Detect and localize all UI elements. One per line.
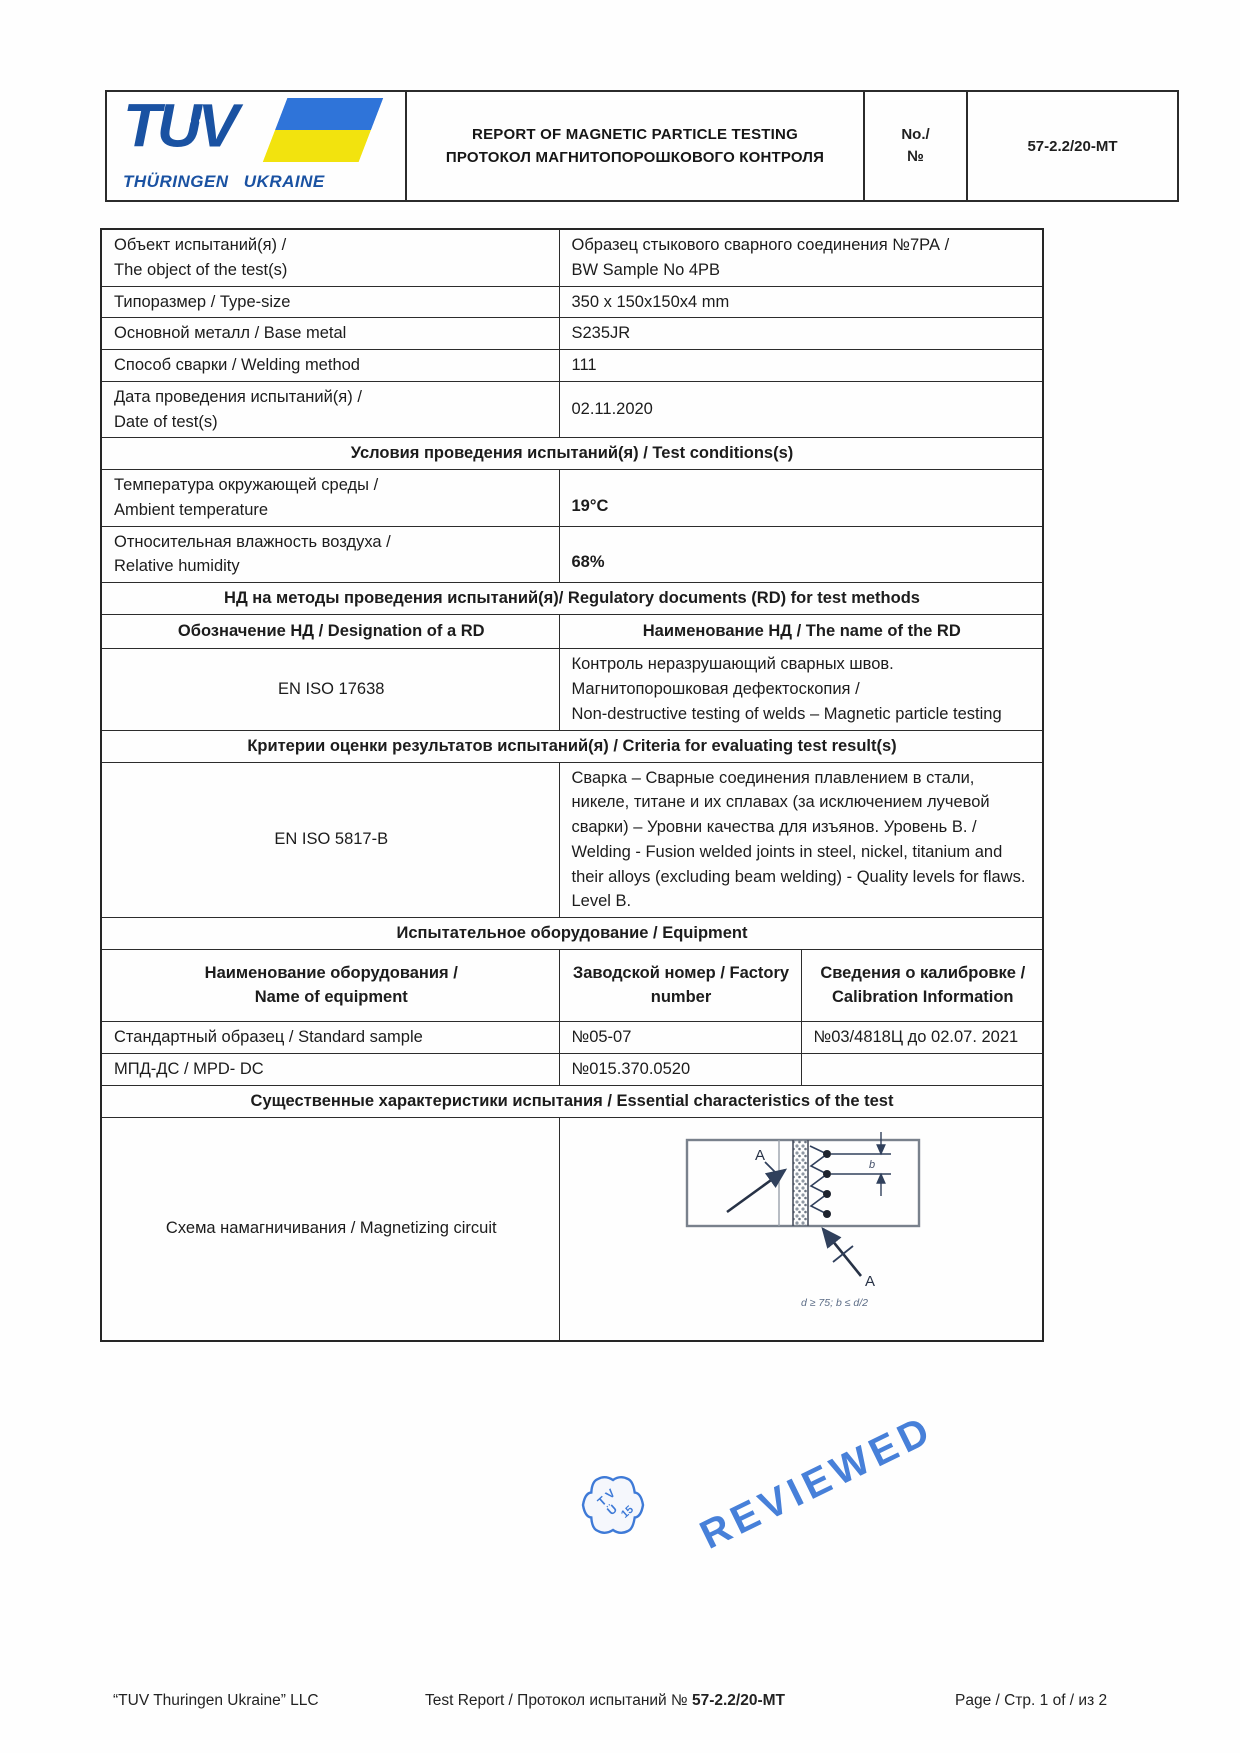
magnetizing-circuit-label: Схема намагничивания / Magnetizing circu… [101, 1117, 559, 1341]
type-size-label: Типоразмер / Type-size [101, 286, 559, 318]
header-table: TUV THÜRINGEN UKRAINE REPORT OF MAGNETIC… [105, 90, 1179, 202]
temperature-label: Температура окружающей среды /Ambient te… [101, 470, 559, 527]
welding-method-label: Способ сварки / Welding method [101, 350, 559, 382]
table-row: Стандартный образец / Standard sample №0… [101, 1021, 1043, 1053]
equipment-factory-number: №05-07 [559, 1021, 801, 1053]
rd-designation-header: Обозначение НД / Designation of a RD [101, 614, 559, 648]
humidity-label: Относительная влажность воздуха /Relativ… [101, 526, 559, 583]
reviewed-stamp: REVIEWED [693, 1407, 940, 1558]
rd-name-value: Контроль неразрушающий сварных швов. Маг… [559, 648, 1043, 730]
date-label: Дата проведения испытаний(я) /Date of te… [101, 381, 559, 438]
umlaut-dot-icon [199, 118, 205, 124]
object-value: Образец стыкового сварного соединения №7… [559, 229, 1043, 286]
report-title: REPORT OF MAGNETIC PARTICLE TESTING ПРОТ… [406, 91, 864, 201]
report-title-en: REPORT OF MAGNETIC PARTICLE TESTING [407, 123, 863, 146]
object-label: Объект испытаний(я) /The object of the t… [101, 229, 559, 286]
date-value: 02.11.2020 [559, 381, 1043, 438]
section-row: НД на методы проведения испытаний(я)/ Re… [101, 583, 1043, 615]
rd-designation-value: EN ISO 17638 [101, 648, 559, 730]
essential-section-title: Существенные характеристики испытания / … [101, 1085, 1043, 1117]
magnetizing-diagram-drawing: b A A d ≥ 75; b ≤ d/2 [675, 1130, 1005, 1330]
test-report-table: Объект испытаний(я) /The object of the t… [100, 228, 1044, 1342]
footer-page-number: Page / Стр. 1 of / из 2 [955, 1692, 1107, 1710]
equipment-factory-number: №015.370.0520 [559, 1053, 801, 1085]
section-row: Условия проведения испытаний(я) / Test c… [101, 438, 1043, 470]
equipment-name: МПД-ДС / MPD- DC [101, 1053, 559, 1085]
umlaut-dot-icon [185, 118, 191, 124]
welding-method-value: 111 [559, 350, 1043, 382]
equipment-calibration: №03/4818Ц до 02.07. 2021 [801, 1021, 1043, 1053]
table-row: Типоразмер / Type-size 350 x 150x150x4 m… [101, 286, 1043, 318]
table-header-row: Обозначение НД / Designation of a RD Наи… [101, 614, 1043, 648]
tuv-logo-text: TUV [123, 97, 235, 158]
temperature-value: 19°C [559, 470, 1043, 527]
equipment-factory-header: Заводской номер / Factory number [559, 949, 801, 1021]
equipment-name-header: Наименование оборудования /Name of equip… [101, 949, 559, 1021]
equipment-calibration-header: Сведения о калибровке / Calibration Info… [801, 949, 1043, 1021]
base-metal-label: Основной металл / Base metal [101, 318, 559, 350]
report-no-label: No./ № [864, 91, 967, 201]
table-row: Относительная влажность воздуха /Relativ… [101, 526, 1043, 583]
tuv-logo-subtitle: THÜRINGEN UKRAINE [123, 172, 383, 192]
table-row: Способ сварки / Welding method 111 [101, 350, 1043, 382]
section-row: Испытательное оборудование / Equipment [101, 918, 1043, 950]
rd-section-title: НД на методы проведения испытаний(я)/ Re… [101, 583, 1043, 615]
ukraine-flag-icon [263, 98, 384, 162]
table-row: МПД-ДС / MPD- DC №015.370.0520 [101, 1053, 1043, 1085]
document-page: TUV THÜRINGEN UKRAINE REPORT OF MAGNETIC… [0, 0, 1240, 1753]
tuv-round-stamp-icon: T V Ü 15 [581, 1473, 645, 1537]
diagram-note: d ≥ 75; b ≤ d/2 [801, 1297, 868, 1309]
criteria-designation-value: EN ISO 5817-B [101, 762, 559, 918]
magnetizing-circuit-diagram: b A A d ≥ 75; b ≤ d/2 [559, 1117, 1043, 1341]
diagram-arrow-a-top-label: A [755, 1147, 765, 1164]
conditions-section-title: Условия проведения испытаний(я) / Test c… [101, 438, 1043, 470]
table-row: Основной металл / Base metal S235JR [101, 318, 1043, 350]
equipment-name: Стандартный образец / Standard sample [101, 1021, 559, 1053]
diagram-dim-b-label: b [869, 1159, 875, 1171]
table-header-row: Наименование оборудования /Name of equip… [101, 949, 1043, 1021]
logo-cell: TUV THÜRINGEN UKRAINE [106, 91, 406, 201]
section-row: Существенные характеристики испытания / … [101, 1085, 1043, 1117]
table-row: EN ISO 17638 Контроль неразрушающий свар… [101, 648, 1043, 730]
footer-company: “TUV Thuringen Ukraine” LLC [113, 1692, 319, 1710]
rd-name-header: Наименование НД / The name of the RD [559, 614, 1043, 648]
report-number: 57-2.2/20-MT [967, 91, 1178, 201]
table-row: Дата проведения испытаний(я) /Date of te… [101, 381, 1043, 438]
table-row: EN ISO 5817-B Сварка – Сварные соединени… [101, 762, 1043, 918]
footer-report-ref: Test Report / Протокол испытаний № 57-2.… [425, 1692, 785, 1710]
criteria-section-title: Критерии оценки результатов испытаний(я)… [101, 730, 1043, 762]
table-row: Объект испытаний(я) /The object of the t… [101, 229, 1043, 286]
report-title-ru: ПРОТОКОЛ МАГНИТОПОРОШКОВОГО КОНТРОЛЯ [407, 146, 863, 169]
humidity-value: 68% [559, 526, 1043, 583]
footer-report-number: 57-2.2/20-MT [692, 1692, 785, 1709]
type-size-value: 350 x 150x150x4 mm [559, 286, 1043, 318]
diagram-arrow-a-bottom-label: A [865, 1273, 875, 1290]
table-row: Температура окружающей среды /Ambient te… [101, 470, 1043, 527]
criteria-text: Сварка – Сварные соединения плавлением в… [559, 762, 1043, 918]
tuv-logo: TUV THÜRINGEN UKRAINE [123, 104, 383, 192]
base-metal-value: S235JR [559, 318, 1043, 350]
equipment-section-title: Испытательное оборудование / Equipment [101, 918, 1043, 950]
equipment-calibration [801, 1053, 1043, 1085]
table-row: Схема намагничивания / Magnetizing circu… [101, 1117, 1043, 1341]
section-row: Критерии оценки результатов испытаний(я)… [101, 730, 1043, 762]
